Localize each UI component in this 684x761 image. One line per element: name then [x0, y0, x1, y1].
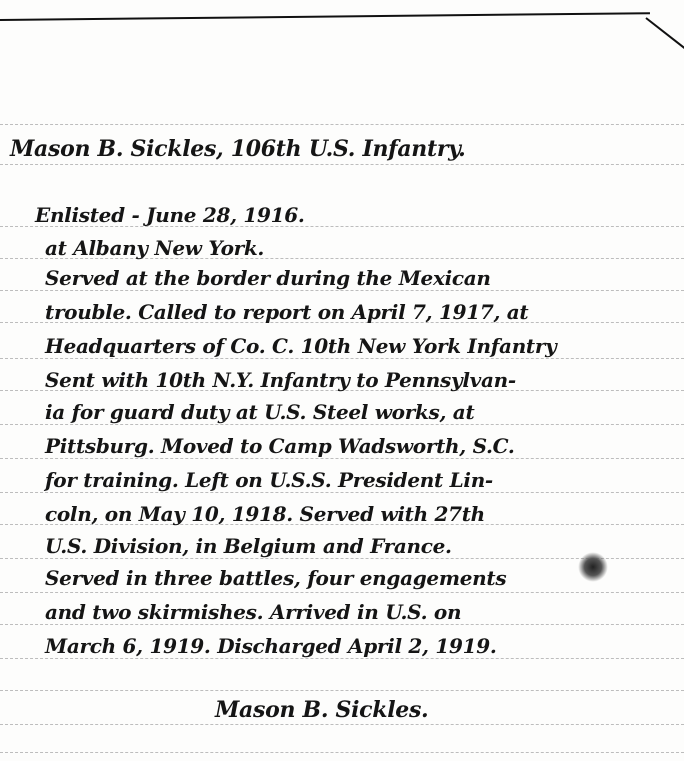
ruled-line [0, 690, 684, 691]
text-line: Sent with 10th N.Y. Infantry to Pennsylv… [45, 368, 516, 392]
page-edge-line [0, 12, 650, 21]
ruled-line [0, 424, 684, 425]
document-title: Mason B. Sickles, 106th U.S. Infantry. [10, 136, 465, 162]
text-line: March 6, 1919. Discharged April 2, 1919. [45, 634, 497, 658]
ruled-line [0, 658, 684, 659]
text-line: Served in three battles, four engagement… [45, 566, 506, 590]
text-line: Served at the border during the Mexican [45, 266, 491, 290]
handwritten-page: Mason B. Sickles, 106th U.S. Infantry. E… [0, 0, 684, 761]
text-line: at Albany New York. [45, 236, 264, 260]
text-line: trouble. Called to report on April 7, 19… [45, 300, 528, 324]
text-line: and two skirmishes. Arrived in U.S. on [45, 600, 461, 624]
text-line: U.S. Division, in Belgium and France. [45, 534, 452, 558]
ruled-line [0, 124, 684, 125]
signature: Mason B. Sickles. [215, 697, 428, 723]
text-line: Enlisted - June 28, 1916. [35, 203, 305, 227]
ruled-line [0, 290, 684, 291]
page-corner-fold [645, 17, 684, 51]
ruled-line [0, 458, 684, 459]
text-line: for training. Left on U.S.S. President L… [45, 468, 493, 492]
text-line: Pittsburg. Moved to Camp Wadsworth, S.C. [45, 434, 515, 458]
ruled-line [0, 752, 684, 753]
ruled-line [0, 492, 684, 493]
ruled-line [0, 358, 684, 359]
text-line: Headquarters of Co. C. 10th New York Inf… [45, 334, 556, 358]
ruled-line [0, 592, 684, 593]
ruled-line [0, 164, 684, 165]
ink-smudge [578, 552, 608, 582]
text-line: coln, on May 10, 1918. Served with 27th [45, 502, 485, 526]
ruled-line [0, 724, 684, 725]
text-line: ia for guard duty at U.S. Steel works, a… [45, 400, 474, 424]
ruled-line [0, 624, 684, 625]
